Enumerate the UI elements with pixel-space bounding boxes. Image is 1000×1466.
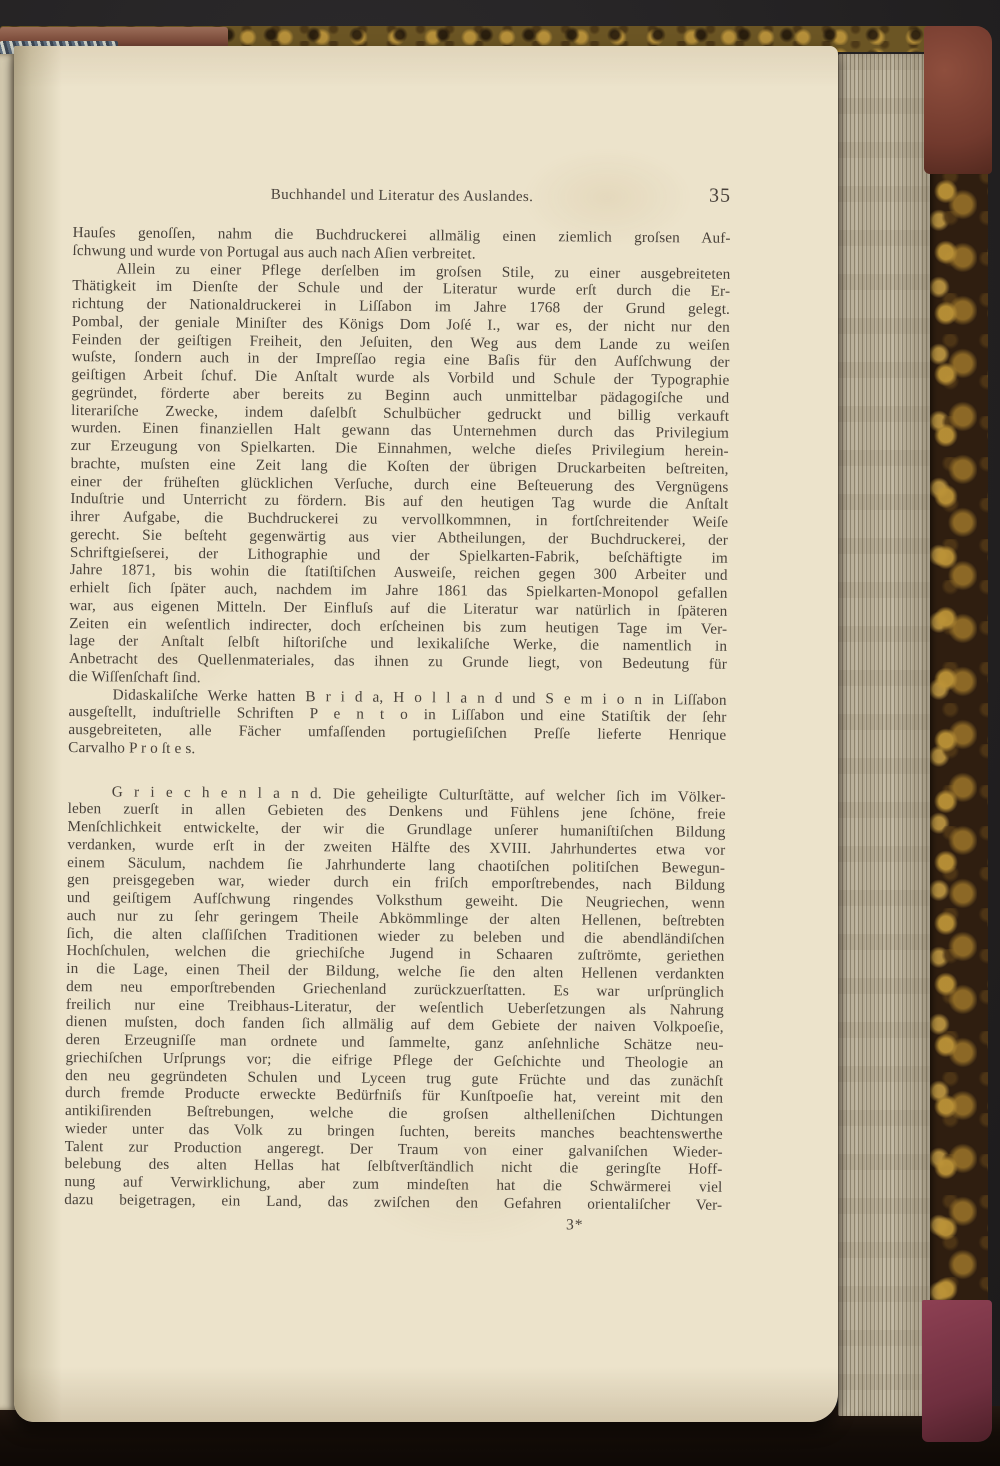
leather-corner-bottom [922, 1300, 992, 1442]
paragraph: Allein zu einer Pflege derſelben im groſ… [69, 260, 731, 692]
paragraph: Hauſes genoſſen, nahm die Buchdruckerei … [72, 224, 730, 265]
running-title: Buchhandel und Literatur des Auslandes. [271, 187, 534, 205]
signature-mark: 3* [566, 1216, 722, 1235]
running-header: Buchhandel und Literatur des Auslandes. … [73, 182, 731, 210]
text-block: Hauſes genoſſen, nahm die Buchdruckerei … [64, 224, 731, 1214]
marbled-cover-strip [930, 170, 988, 1306]
leather-corner-top [924, 26, 992, 174]
paragraph: G r i e c h e n l a n d. Die geheiligte … [64, 783, 726, 1215]
page-content: Buchhandel und Literatur des Auslandes. … [64, 182, 731, 1235]
book-page: Buchhandel und Literatur des Auslandes. … [14, 46, 838, 1422]
scanned-book-photo: Buchhandel und Literatur des Auslandes. … [0, 0, 1000, 1466]
paragraph: Didaskaliſche Werke hatten B r i d a, H … [68, 686, 727, 763]
page-number: 35 [709, 185, 731, 207]
fore-edge-pages [838, 54, 932, 1416]
